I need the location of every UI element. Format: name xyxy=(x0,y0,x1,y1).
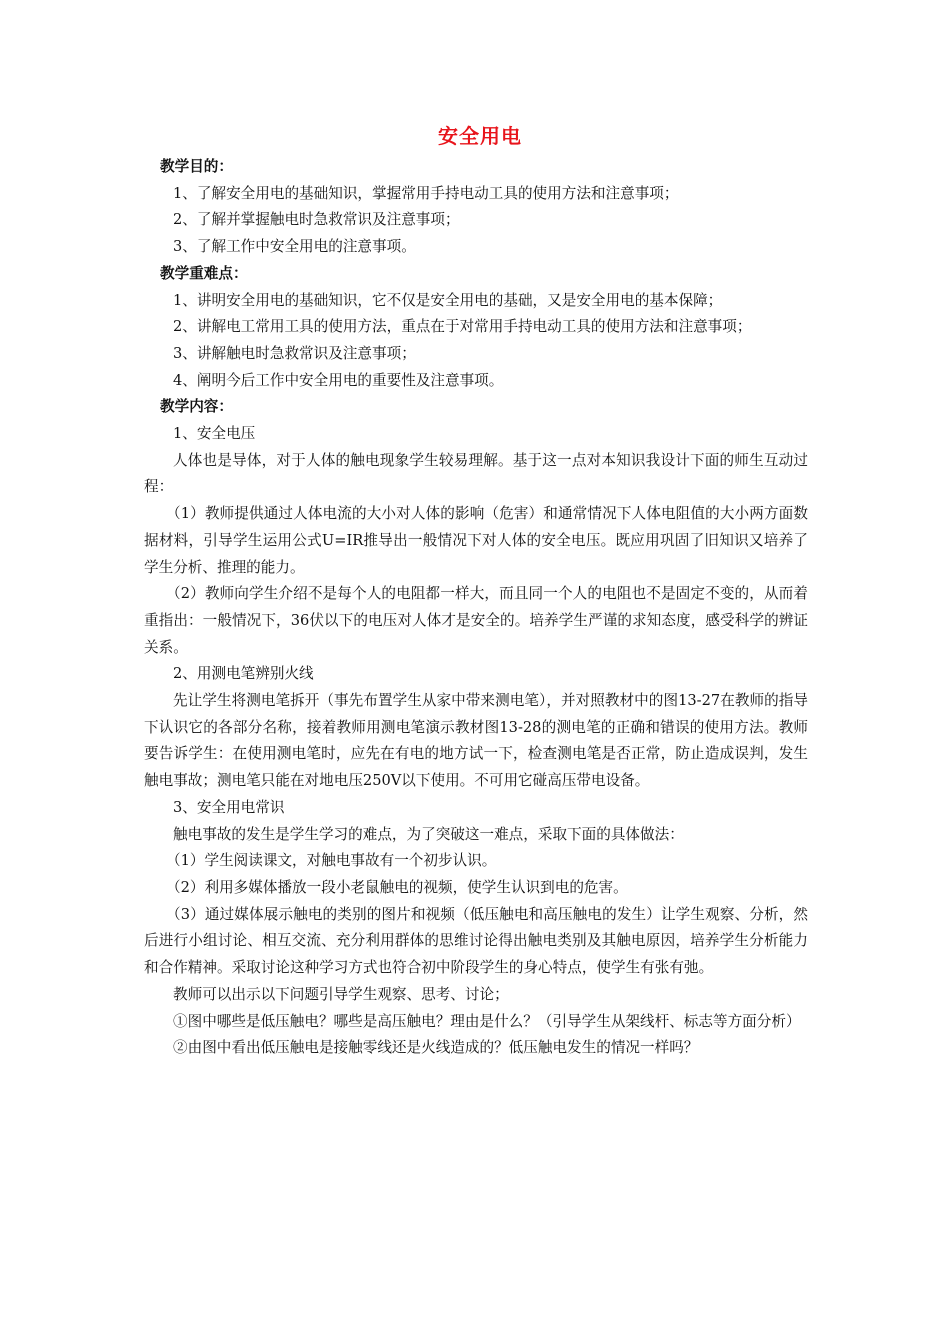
paragraph: 人体也是导体，对于人体的触电现象学生较易理解。基于这一点对本知识我设计下面的师生… xyxy=(144,448,808,501)
paragraph: （1）学生阅读课文，对触电事故有一个初步认识。 xyxy=(144,848,808,875)
subsection-title-safety-knowledge: 3、安全用电常识 xyxy=(144,795,808,822)
paragraph: （2）利用多媒体播放一段小老鼠触电的视频，使学生认识到电的危害。 xyxy=(144,875,808,902)
key-points-heading: 教学重难点： xyxy=(144,261,808,288)
objectives-heading: 教学目的： xyxy=(144,154,808,181)
objective-item: 2、了解并掌握触电时急救常识及注意事项； xyxy=(144,207,808,234)
key-point-item: 2、讲解电工常用工具的使用方法，重点在于对常用手持电动工具的使用方法和注意事项； xyxy=(144,314,808,341)
question-item: ②由图中看出低压触电是接触零线还是火线造成的？低压触电发生的情况一样吗？ xyxy=(144,1035,808,1062)
objective-item: 3、了解工作中安全用电的注意事项。 xyxy=(144,234,808,261)
objective-item: 1、了解安全用电的基础知识，掌握常用手持电动工具的使用方法和注意事项； xyxy=(144,181,808,208)
key-point-item: 3、讲解触电时急救常识及注意事项； xyxy=(144,341,808,368)
subsection-title-test-pen: 2、用测电笔辨别火线 xyxy=(144,661,808,688)
document-title: 安全用电 xyxy=(152,118,808,154)
paragraph: （3）通过媒体展示触电的类别的图片和视频（低压触电和高压触电的发生）让学生观察、… xyxy=(144,902,808,982)
document-page: 安全用电 教学目的： 1、了解安全用电的基础知识，掌握常用手持电动工具的使用方法… xyxy=(144,118,808,1062)
paragraph: 先让学生将测电笔拆开（事先布置学生从家中带来测电笔），并对照教材中的图13-27… xyxy=(144,688,808,795)
section-key-points: 教学重难点： 1、讲明安全用电的基础知识，它不仅是安全用电的基础，又是安全用电的… xyxy=(144,261,808,395)
section-content: 教学内容： 1、安全电压 人体也是导体，对于人体的触电现象学生较易理解。基于这一… xyxy=(144,394,808,1062)
question-item: ①图中哪些是低压触电？哪些是高压触电？理由是什么？（引导学生从架线杆、标志等方面… xyxy=(144,1009,808,1036)
key-point-item: 1、讲明安全用电的基础知识，它不仅是安全用电的基础，又是安全用电的基本保障； xyxy=(144,288,808,315)
paragraph: 触电事故的发生是学生学习的难点，为了突破这一难点，采取下面的具体做法： xyxy=(144,822,808,849)
paragraph: （1）教师提供通过人体电流的大小对人体的影响（危害）和通常情况下人体电阻值的大小… xyxy=(144,501,808,581)
paragraph: （2）教师向学生介绍不是每个人的电阻都一样大，而且同一个人的电阻也不是固定不变的… xyxy=(144,581,808,661)
content-heading: 教学内容： xyxy=(144,394,808,421)
key-point-item: 4、阐明今后工作中安全用电的重要性及注意事项。 xyxy=(144,368,808,395)
subsection-title-safe-voltage: 1、安全电压 xyxy=(144,421,808,448)
section-objectives: 教学目的： 1、了解安全用电的基础知识，掌握常用手持电动工具的使用方法和注意事项… xyxy=(144,154,808,261)
paragraph: 教师可以出示以下问题引导学生观察、思考、讨论； xyxy=(144,982,808,1009)
